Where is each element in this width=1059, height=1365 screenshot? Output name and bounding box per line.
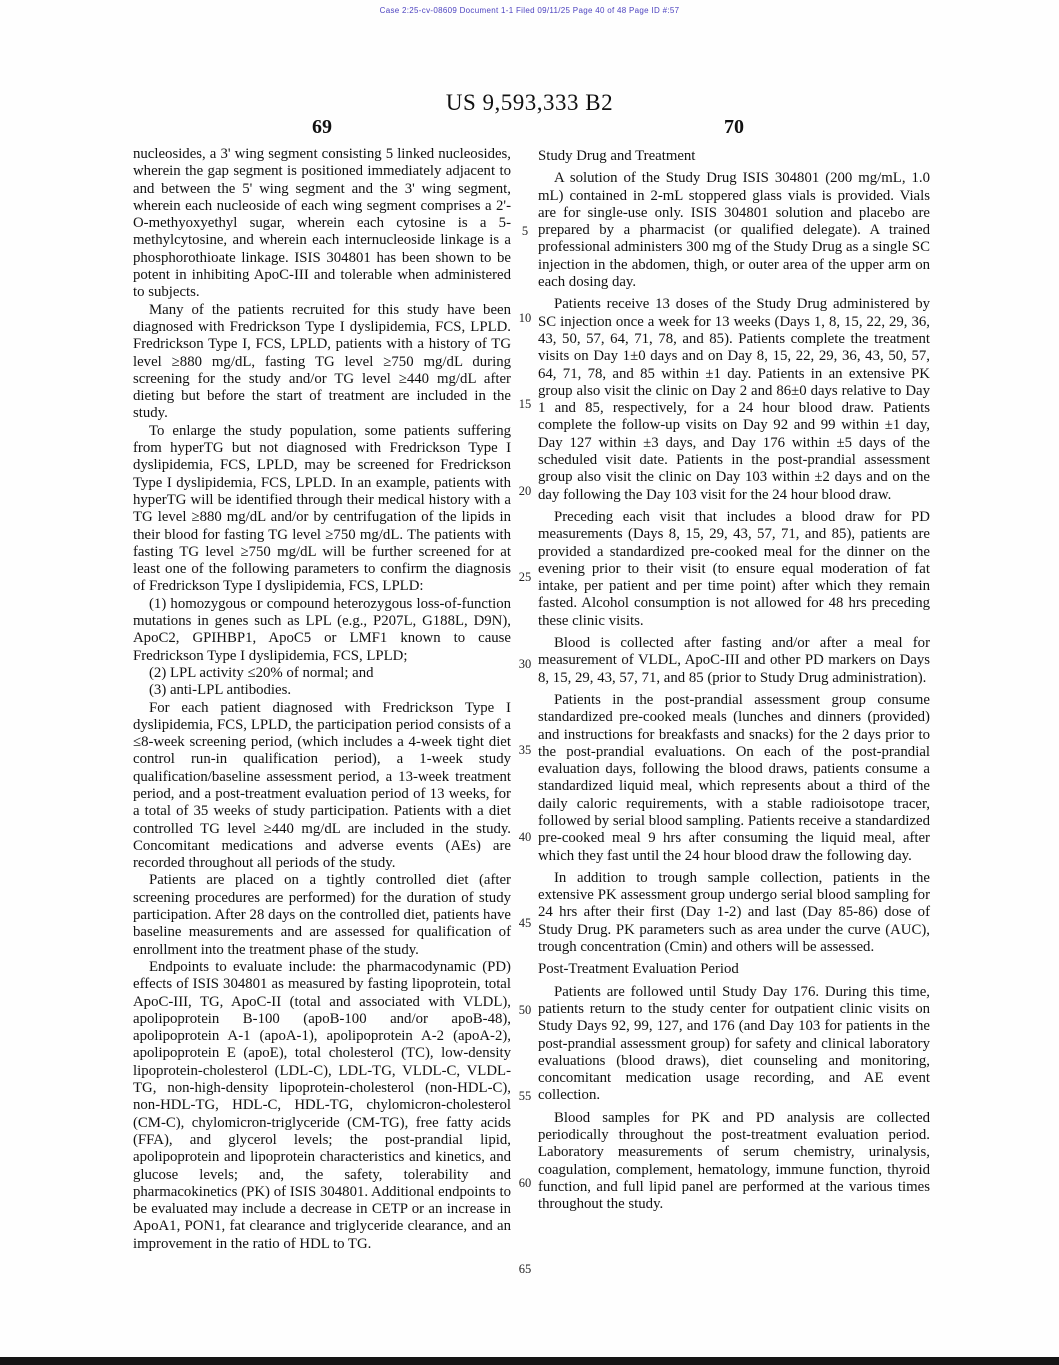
paragraph: Endpoints to evaluate include: the pharm… xyxy=(133,959,511,1253)
gutter-line-number: 10 xyxy=(508,311,542,326)
paragraph: (1) homozygous or compound heterozygous … xyxy=(133,596,511,665)
paragraph: A solution of the Study Drug ISIS 304801… xyxy=(538,170,930,291)
right-text-column: Study Drug and TreatmentA solution of th… xyxy=(538,146,930,1219)
gutter-line-number: 55 xyxy=(508,1089,542,1104)
paragraph: Many of the patients recruited for this … xyxy=(133,302,511,423)
gutter-line-number: 35 xyxy=(508,743,542,758)
gutter-line-number: 15 xyxy=(508,397,542,412)
paragraph: Blood samples for PK and PD analysis are… xyxy=(538,1110,930,1214)
left-text-column: nucleosides, a 3' wing segment consistin… xyxy=(133,146,511,1253)
paragraph: For each patient diagnosed with Fredrick… xyxy=(133,700,511,873)
column-number-right: 70 xyxy=(538,116,930,139)
gutter-line-number: 45 xyxy=(508,916,542,931)
page-bottom-scan-edge xyxy=(0,1357,1059,1365)
patent-document-page: Case 2:25-cv-08609 Document 1-1 Filed 09… xyxy=(0,0,1059,1365)
gutter-line-number: 60 xyxy=(508,1176,542,1191)
section-heading: Post-Treatment Evaluation Period xyxy=(538,961,930,978)
paragraph: (3) anti-LPL antibodies. xyxy=(133,682,511,699)
gutter-line-number: 30 xyxy=(508,657,542,672)
paragraph: Blood is collected after fasting and/or … xyxy=(538,635,930,687)
gutter-line-number: 50 xyxy=(508,1003,542,1018)
paragraph: (2) LPL activity ≤20% of normal; and xyxy=(133,665,511,682)
gutter-line-number: 5 xyxy=(508,224,542,239)
paragraph: To enlarge the study population, some pa… xyxy=(133,423,511,596)
court-filing-stamp: Case 2:25-cv-08609 Document 1-1 Filed 09… xyxy=(0,6,1059,15)
patent-number-title: US 9,593,333 B2 xyxy=(0,90,1059,116)
gutter-line-number: 40 xyxy=(508,830,542,845)
paragraph: nucleosides, a 3' wing segment consistin… xyxy=(133,146,511,302)
paragraph: Patients in the post-prandial assessment… xyxy=(538,692,930,865)
gutter-line-number: 65 xyxy=(508,1262,542,1277)
gutter-line-number: 20 xyxy=(508,484,542,499)
paragraph: Patients are placed on a tightly control… xyxy=(133,872,511,958)
paragraph: Patients receive 13 doses of the Study D… xyxy=(538,296,930,504)
column-number-left: 69 xyxy=(133,116,511,139)
paragraph: In addition to trough sample collection,… xyxy=(538,870,930,956)
gutter-line-number: 25 xyxy=(508,570,542,585)
paragraph: Preceding each visit that includes a blo… xyxy=(538,509,930,630)
paragraph: Patients are followed until Study Day 17… xyxy=(538,984,930,1105)
section-heading: Study Drug and Treatment xyxy=(538,148,930,165)
